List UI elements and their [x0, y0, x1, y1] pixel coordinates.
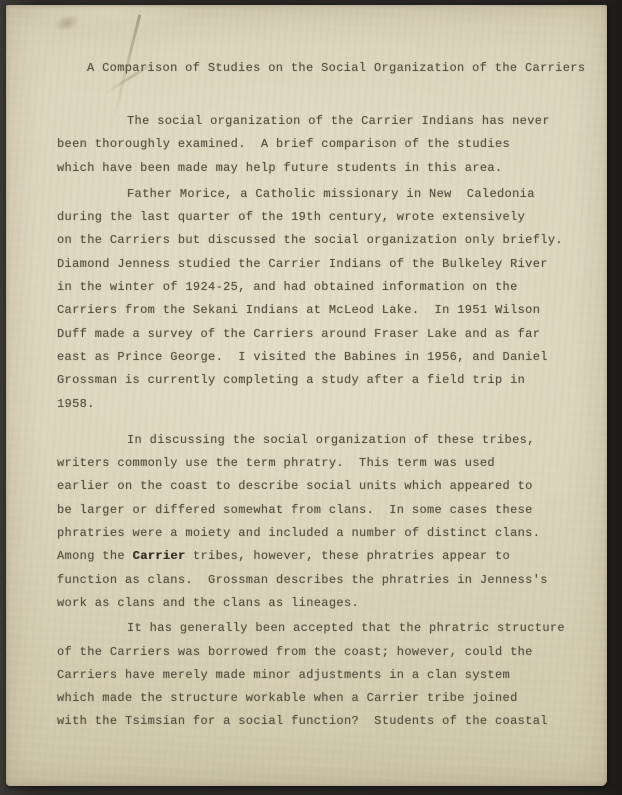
typed-line: earlier on the coast to describe social … — [57, 475, 577, 498]
paper-crease — [26, 7, 236, 37]
typed-line: in the winter of 1924-25, and had obtain… — [57, 276, 577, 299]
typed-text: Among the — [57, 549, 133, 563]
typed-line: with the Tsimsian for a social function?… — [57, 710, 577, 733]
typed-line: phratries were a moiety and included a n… — [57, 522, 577, 545]
typed-line: Carriers from the Sekani Indians at McLe… — [57, 299, 577, 322]
typed-line: Grossman is currently completing a study… — [57, 369, 577, 392]
typed-line: which have been made may help future stu… — [57, 157, 577, 180]
scan-background: A Comparison of Studies on the Social Or… — [0, 0, 622, 795]
typed-body: The social organization of the Carrier I… — [57, 110, 577, 734]
typed-line: Father Morice, a Catholic missionary in … — [57, 183, 577, 206]
typed-line: Duff made a survey of the Carriers aroun… — [57, 323, 577, 346]
paragraph: It has generally been accepted that the … — [57, 617, 577, 733]
paragraph: In discussing the social organization of… — [57, 429, 577, 615]
typed-line: writers commonly use the term phratry. T… — [57, 452, 577, 475]
typed-line: In discussing the social organization of… — [57, 429, 577, 452]
typed-content: A Comparison of Studies on the Social Or… — [57, 57, 577, 734]
typed-line: which made the structure workable when a… — [57, 687, 577, 710]
typed-line: during the last quarter of the 19th cent… — [57, 206, 577, 229]
typed-line: The social organization of the Carrier I… — [57, 110, 577, 133]
paragraph: Father Morice, a Catholic missionary in … — [57, 183, 577, 416]
typed-line: be larger or differed somewhat from clan… — [57, 499, 577, 522]
typed-line: work as clans and the clans as lineages. — [57, 592, 577, 615]
overstruck-word: Carrier — [133, 549, 186, 563]
typed-line: function as clans. Grossman describes th… — [57, 569, 577, 592]
typed-line: been thoroughly examined. A brief compar… — [57, 133, 577, 156]
typed-line: of the Carriers was borrowed from the co… — [57, 641, 577, 664]
typed-line: east as Prince George. I visited the Bab… — [57, 346, 577, 369]
page-title: A Comparison of Studies on the Social Or… — [87, 57, 577, 80]
paper-page: A Comparison of Studies on the Social Or… — [6, 5, 607, 786]
typed-line: It has generally been accepted that the … — [57, 617, 577, 640]
paragraph: The social organization of the Carrier I… — [57, 110, 577, 180]
typed-line: Carriers have merely made minor adjustme… — [57, 664, 577, 687]
typed-text: tribes, however, these phratries appear … — [185, 549, 510, 563]
typed-line: on the Carriers but discussed the social… — [57, 229, 577, 252]
typed-line: Among the Carrier tribes, however, these… — [57, 545, 577, 568]
typed-line: Diamond Jenness studied the Carrier Indi… — [57, 253, 577, 276]
typed-line: 1958. — [57, 393, 577, 416]
paper-crease — [52, 11, 82, 35]
